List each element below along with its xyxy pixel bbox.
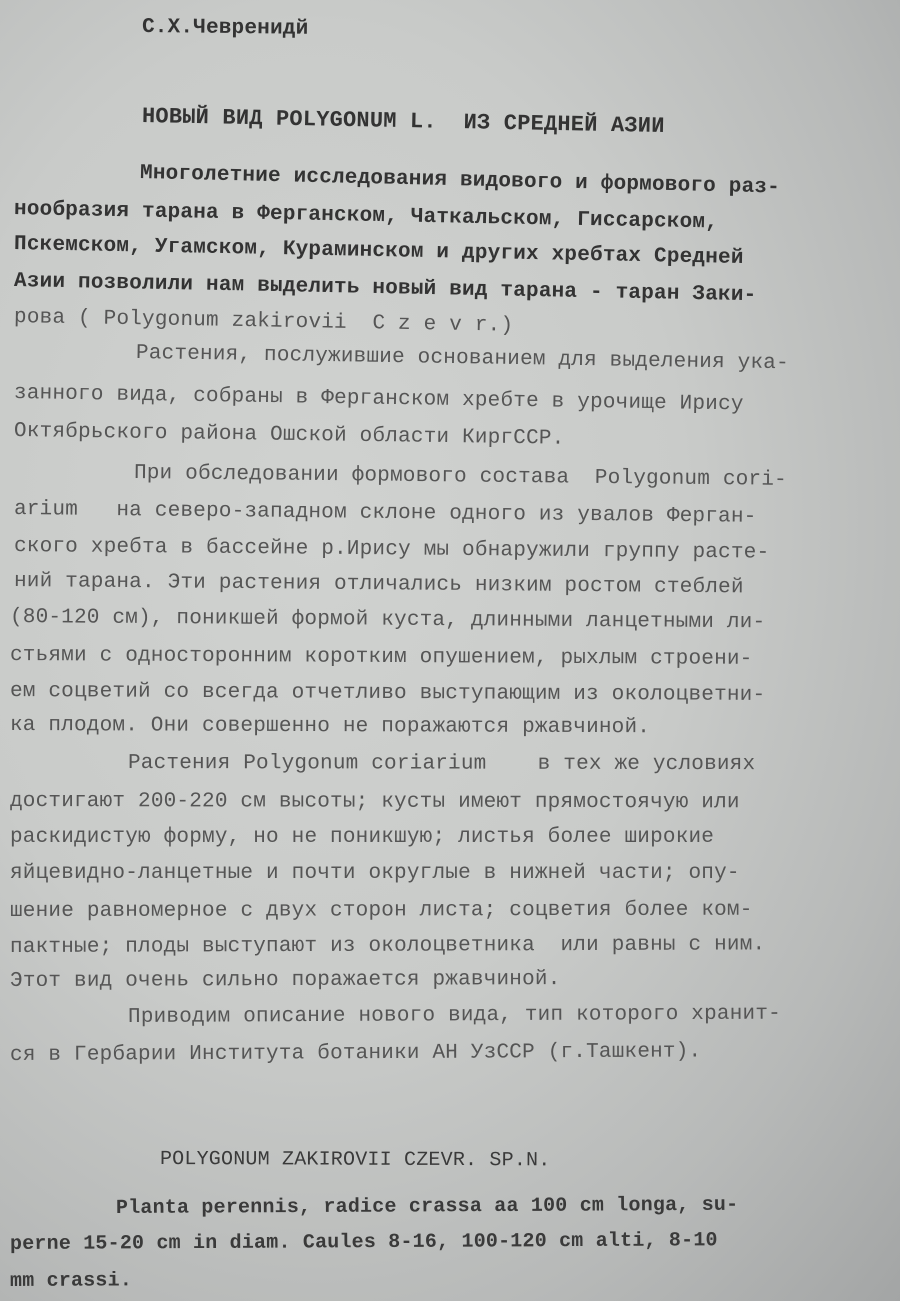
paragraph-3-line-8: ка плодом. Они совершенно не поражаются … (10, 714, 650, 739)
paragraph-3-line-5: (80-120 см), поникшей формой куста, длин… (10, 606, 765, 634)
article-title: НОВЫЙ ВИД POLYGONUM L. ИЗ СРЕДНЕЙ АЗИИ (142, 104, 665, 139)
paragraph-1-line-3: Пскемском, Угамском, Кураминском и други… (14, 233, 744, 270)
paragraph-3-line-2: arium на северо-западном склоне одного и… (14, 498, 757, 529)
paragraph-5-line-2: ся в Гербарии Института ботаники АН УзСС… (10, 1040, 701, 1067)
paragraph-5-line-1: Приводим описание нового вида, тип котор… (128, 1003, 781, 1029)
paragraph-1-line-1: Многолетние исследования видового и форм… (140, 162, 780, 200)
paragraph-3-line-7: ем соцветий со всегда отчетливо выступаю… (10, 680, 765, 707)
latin-heading: POLYGONUM ZAKIROVII CZEVR. SP.N. (160, 1148, 551, 1172)
scanned-document-page: С.Х.Чевренидй НОВЫЙ ВИД POLYGONUM L. ИЗ … (0, 0, 900, 1301)
paragraph-4-line-6: пактные; плоды выступают из околоцветник… (10, 933, 765, 959)
paragraph-3-line-4: ний тарана. Эти растения отличались низк… (14, 570, 744, 599)
latin-description-line-1: Planta perennis, radice crassa aa 100 cm… (116, 1194, 738, 1220)
paragraph-4-line-2: достигают 200-220 см высоты; кусты имеют… (10, 790, 740, 814)
paragraph-4-line-4: яйцевидно-ланцетные и почти округлые в н… (10, 862, 740, 885)
author-name: С.Х.Чевренидй (142, 16, 309, 41)
paragraph-3-line-1: При обследовании формового состава Polyg… (134, 462, 787, 492)
paragraph-4-line-5: шение равномерное с двух сторон листа; с… (10, 899, 753, 923)
paragraph-4-line-7: Этот вид очень сильно поражается ржавчин… (10, 968, 561, 993)
paragraph-2-line-2: занного вида, собраны в Ферганском хребт… (14, 382, 744, 416)
paragraph-3-line-3: ского хребта в бассейне р.Ирису мы обнар… (14, 535, 770, 565)
paragraph-2-line-3: Октябрьского района Ошской области КиргС… (14, 420, 565, 451)
paragraph-1-line-2: нообразия тарана в Ферганском, Чаткальск… (14, 198, 718, 235)
paragraph-2-line-1: Растения, послужившие основанием для выд… (136, 342, 789, 375)
paragraph-4-line-3: раскидистую форму, но не поникшую; листь… (10, 826, 714, 849)
paragraph-4-line-1: Растения Polygonum coriarium в тех же ус… (128, 752, 755, 776)
paragraph-1-line-5: рова ( Polygonum zakirovii C z e v r.) (14, 306, 514, 338)
paragraph-3-line-6: стьями с односторонним коротким опушение… (10, 644, 753, 671)
latin-description-line-3: mm crassi. (10, 1269, 132, 1293)
paragraph-1-line-4: Азии позволили нам выделить новый вид та… (14, 270, 757, 307)
latin-description-line-2: perne 15-20 cm in diam. Caules 8-16, 100… (10, 1229, 718, 1256)
